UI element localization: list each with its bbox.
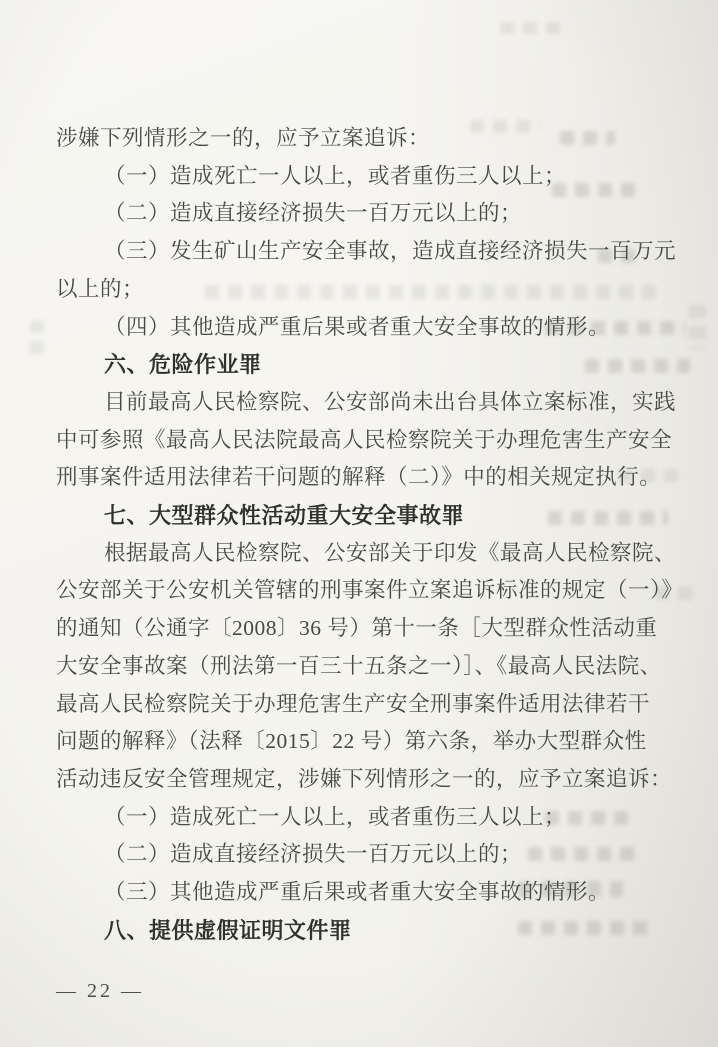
bleedthrough-smudge bbox=[500, 22, 560, 34]
text-line: 的通知（公通字〔2008〕36 号）第十一条［大型群众性活动重 bbox=[56, 610, 668, 648]
section-heading: 八、提供虚假证明文件罪 bbox=[56, 912, 668, 950]
bleedthrough-smudge bbox=[30, 320, 44, 354]
text-line: （三）发生矿山生产安全事故，造成直接经济损失一百万元 bbox=[56, 233, 668, 271]
text-line: （四）其他造成严重后果或者重大安全事故的情形。 bbox=[56, 309, 668, 347]
scanned-page: 涉嫌下列情形之一的，应予立案追诉：（一）造成死亡一人以上，或者重伤三人以上；（二… bbox=[0, 0, 718, 1047]
text-line: 公安部关于公安机关管辖的刑事案件立案追诉标准的规定（一）》 bbox=[56, 572, 668, 610]
text-line: 以上的； bbox=[56, 271, 668, 309]
text-line: 目前最高人民检察院、公安部尚未出台具体立案标准，实践 bbox=[56, 384, 668, 422]
bleedthrough-smudge bbox=[688, 305, 706, 350]
text-line: （三）其他造成严重后果或者重大安全事故的情形。 bbox=[56, 874, 668, 912]
section-heading: 六、危险作业罪 bbox=[56, 346, 668, 384]
text-line: （二）造成直接经济损失一百万元以上的； bbox=[56, 836, 668, 874]
text-block: 涉嫌下列情形之一的，应予立案追诉：（一）造成死亡一人以上，或者重伤三人以上；（二… bbox=[56, 120, 668, 949]
text-line: 刑事案件适用法律若干问题的解释（二）》中的相关规定执行。 bbox=[56, 459, 668, 497]
text-line: （二）造成直接经济损失一百万元以上的； bbox=[56, 195, 668, 233]
text-line: 涉嫌下列情形之一的，应予立案追诉： bbox=[56, 120, 668, 158]
text-line: 活动违反安全管理规定，涉嫌下列情形之一的，应予立案追诉： bbox=[56, 761, 668, 799]
page-number: — 22 — bbox=[56, 980, 144, 1003]
text-line: 问题的解释》（法释〔2015〕22 号）第六条，举办大型群众性 bbox=[56, 723, 668, 761]
text-line: （一）造成死亡一人以上，或者重伤三人以上； bbox=[56, 799, 668, 837]
text-line: 根据最高人民检察院、公安部关于印发《最高人民检察院、 bbox=[56, 535, 668, 573]
text-line: （一）造成死亡一人以上，或者重伤三人以上； bbox=[56, 158, 668, 196]
text-line: 最高人民检察院关于办理危害生产安全刑事案件适用法律若干 bbox=[56, 686, 668, 724]
text-line: 中可参照《最高人民法院最高人民检察院关于办理危害生产安全 bbox=[56, 422, 668, 460]
text-line: 大安全事故案（刑法第一百三十五条之一）］、《最高人民法院、 bbox=[56, 648, 668, 686]
section-heading: 七、大型群众性活动重大安全事故罪 bbox=[56, 497, 668, 535]
